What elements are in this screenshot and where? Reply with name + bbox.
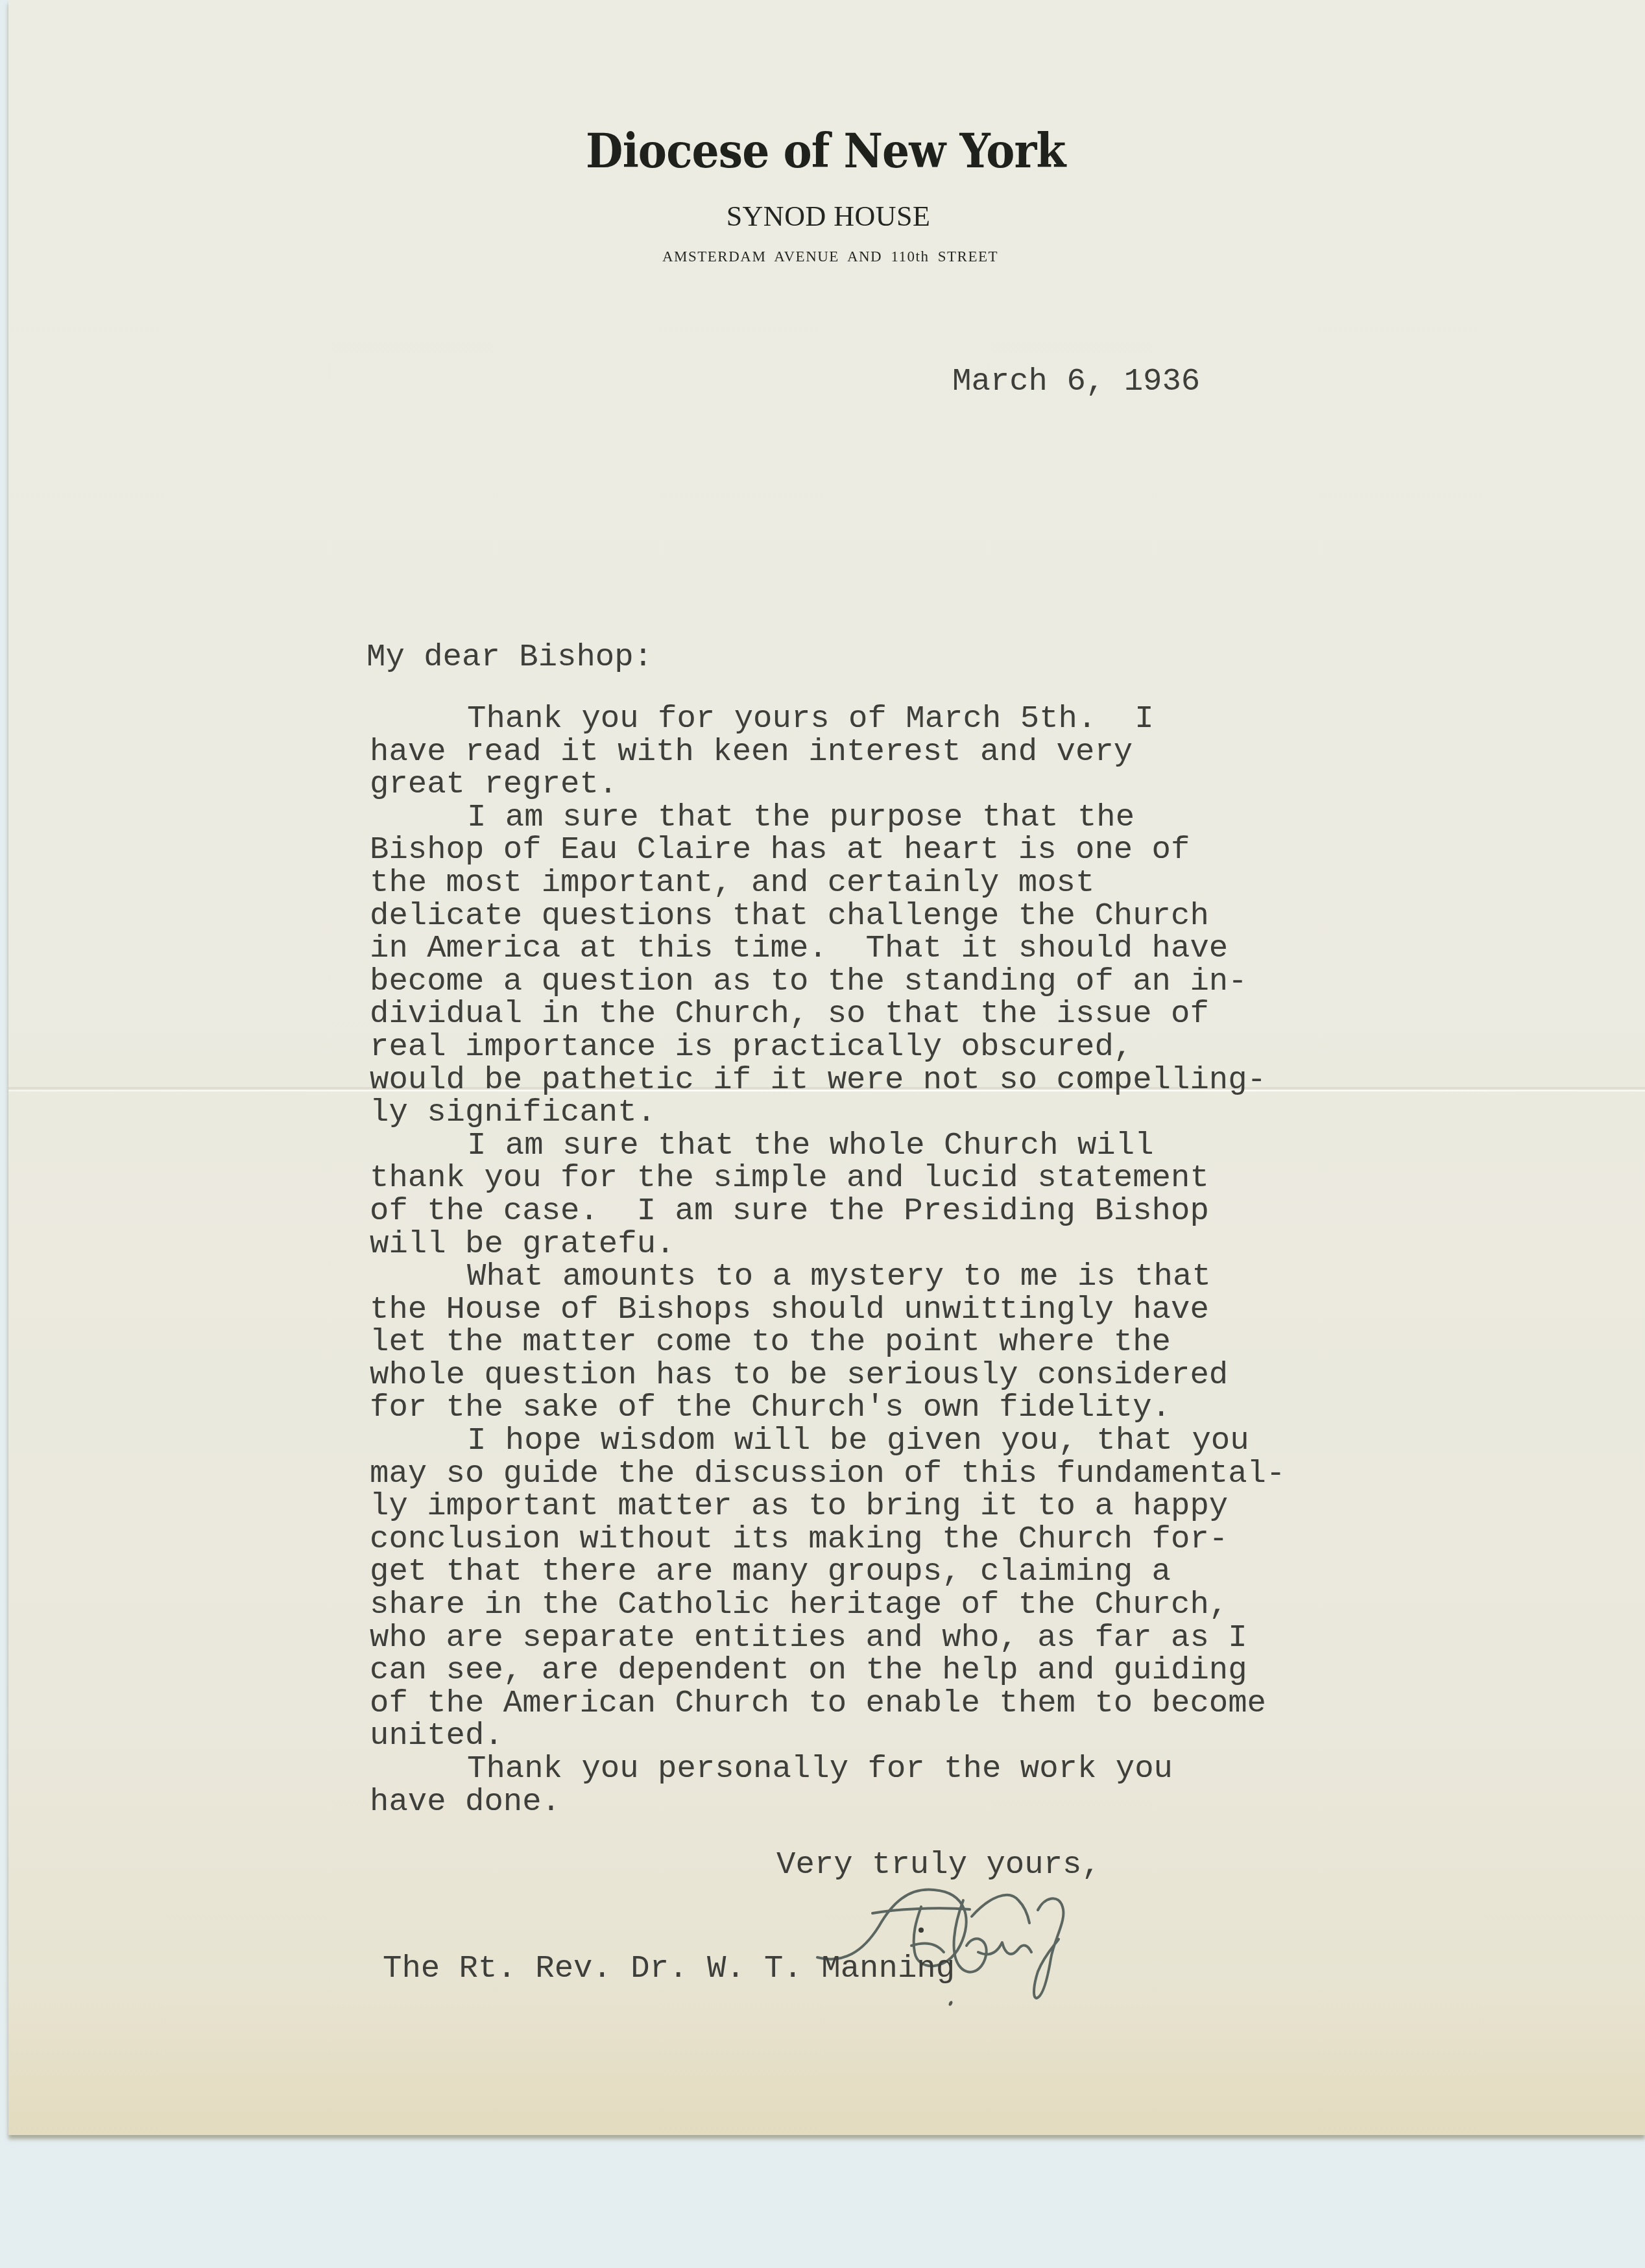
body-line: ly important matter as to bring it to a … bbox=[370, 1490, 1285, 1523]
body-line: get that there are many groups, claiming… bbox=[370, 1555, 1285, 1588]
closing: Very truly yours, bbox=[776, 1848, 1101, 1881]
body-line: have read it with keen interest and very bbox=[370, 735, 1285, 769]
body-line: delicate questions that challenge the Ch… bbox=[370, 900, 1285, 933]
salutation: My dear Bishop: bbox=[366, 641, 653, 673]
body-line: let the matter come to the point where t… bbox=[370, 1326, 1285, 1359]
body-line: dividual in the Church, so that the issu… bbox=[370, 997, 1285, 1031]
recipient-name: The Rt. Rev. Dr. W. T. Manning bbox=[383, 1952, 955, 1985]
body-line: Bishop of Eau Claire has at heart is one… bbox=[370, 833, 1285, 866]
body-line: have done. bbox=[370, 1785, 1285, 1819]
body-line: for the sake of the Church's own fidelit… bbox=[370, 1391, 1285, 1424]
body-line: become a question as to the standing of … bbox=[370, 965, 1285, 998]
body-line: I am sure that the purpose that the bbox=[370, 801, 1285, 834]
body-line: great regret. bbox=[370, 768, 1285, 801]
body-line: Thank you personally for the work you bbox=[370, 1752, 1285, 1785]
body-line: I hope wisdom will be given you, that yo… bbox=[370, 1424, 1285, 1457]
body-line: can see, are dependent on the help and g… bbox=[370, 1654, 1285, 1687]
body-line: in America at this time. That it should … bbox=[370, 932, 1285, 965]
body-line: What amounts to a mystery to me is that bbox=[370, 1260, 1285, 1293]
body-line: of the American Church to enable them to… bbox=[370, 1687, 1285, 1720]
letter-date: March 6, 1936 bbox=[952, 365, 1200, 398]
body-line: united. bbox=[370, 1719, 1285, 1752]
paper-aging-tint bbox=[8, 1992, 1645, 2135]
letterhead-title: Diocese of New York bbox=[66, 123, 1579, 178]
body-line: share in the Catholic heritage of the Ch… bbox=[370, 1588, 1285, 1621]
body-line: Thank you for yours of March 5th. I bbox=[370, 702, 1285, 735]
body-line: who are separate entities and who, as fa… bbox=[370, 1621, 1285, 1654]
letter-body: Thank you for yours of March 5th. Ihave … bbox=[370, 702, 1285, 1818]
body-line: conclusion without its making the Church… bbox=[370, 1523, 1285, 1556]
body-line: ly significant. bbox=[370, 1096, 1285, 1129]
body-line: of the case. I am sure the Presiding Bis… bbox=[370, 1195, 1285, 1228]
letterhead-subtitle: SYNOD HOUSE bbox=[0, 200, 1645, 233]
body-line: the House of Bishops should unwittingly … bbox=[370, 1293, 1285, 1326]
body-line: will be gratefu. bbox=[370, 1228, 1285, 1261]
body-line: thank you for the simple and lucid state… bbox=[370, 1162, 1285, 1195]
body-line: the most important, and certainly most bbox=[370, 866, 1285, 900]
body-line: I am sure that the whole Church will bbox=[370, 1129, 1285, 1162]
body-line: may so guide the discussion of this fund… bbox=[370, 1457, 1285, 1490]
body-line: whole question has to be seriously consi… bbox=[370, 1359, 1285, 1392]
letterhead-address: AMSTERDAM AVENUE AND 110th STREET bbox=[0, 248, 1645, 265]
body-line: real importance is practically obscured, bbox=[370, 1031, 1285, 1064]
body-line: would be pathetic if it were not so comp… bbox=[370, 1064, 1285, 1097]
